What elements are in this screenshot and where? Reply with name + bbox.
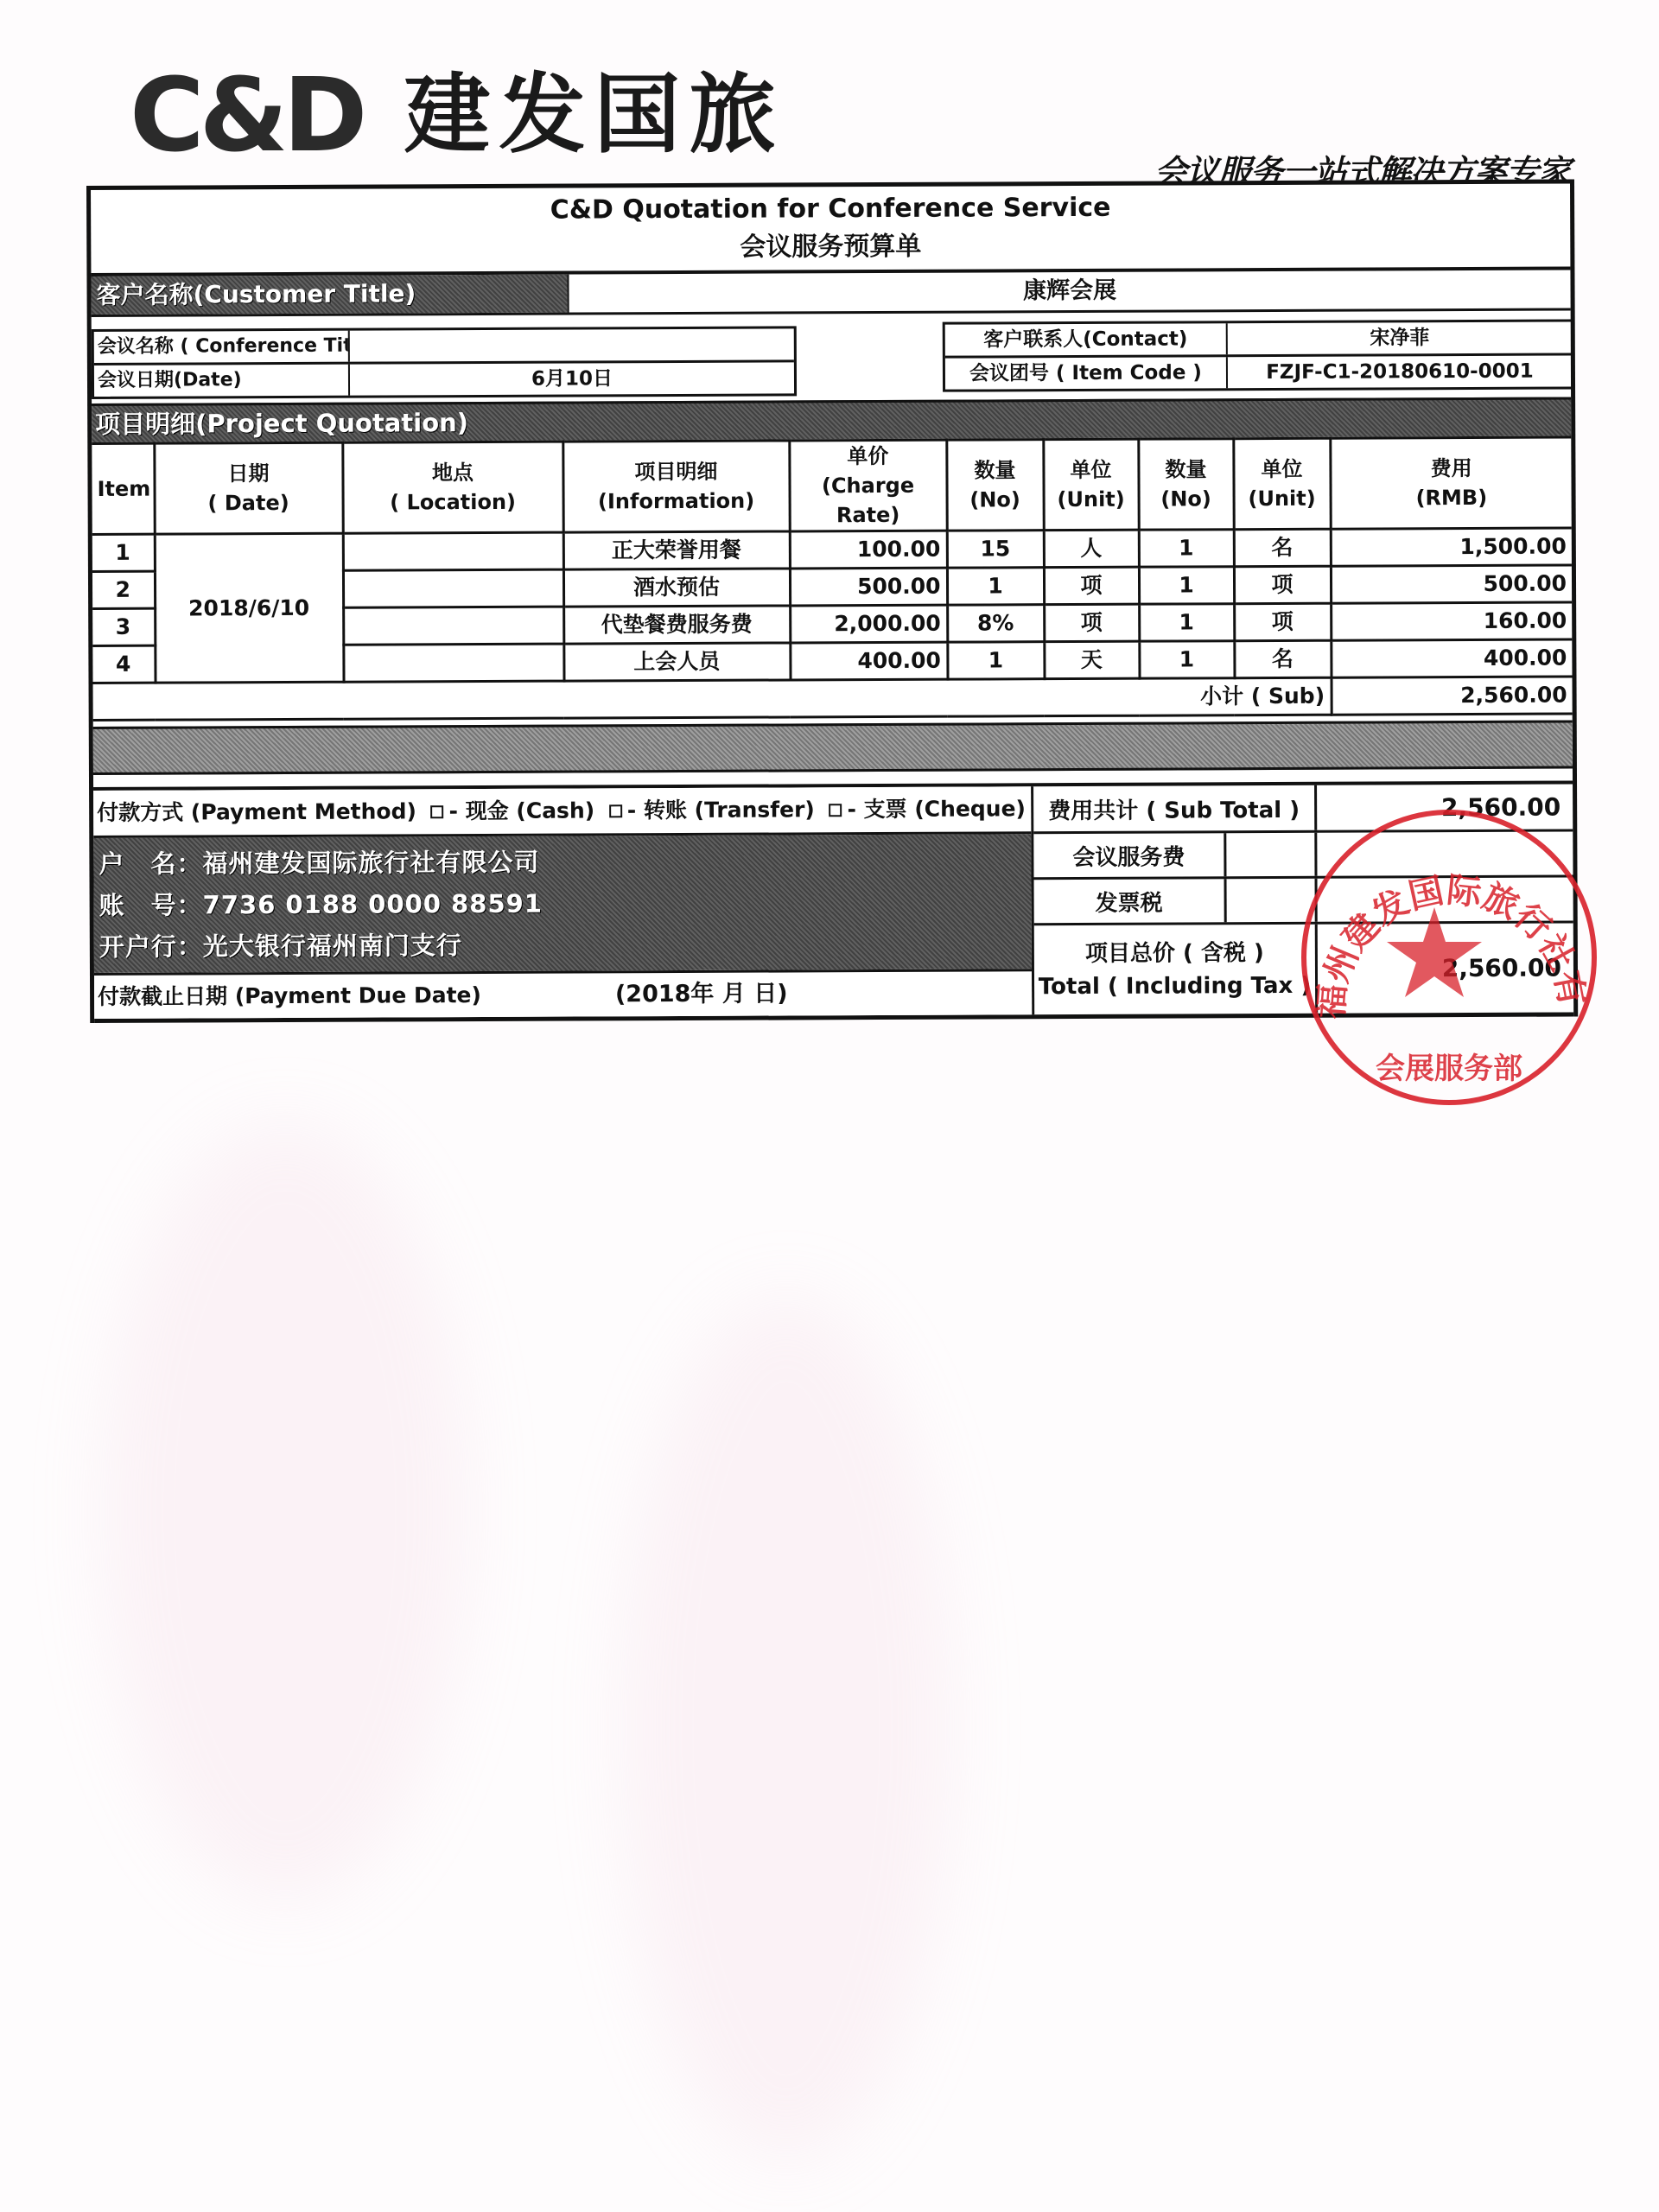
col-unit-2: 单位(Unit) bbox=[1233, 438, 1330, 529]
item-number: 3 bbox=[92, 608, 155, 645]
conference-info: 会议名称 ( Conference Title 会议日期(Date) 6月10日… bbox=[92, 311, 1571, 404]
information-cell: 上会人员 bbox=[563, 643, 790, 681]
fee-cell: 160.00 bbox=[1331, 602, 1572, 640]
fee-cell: 400.00 bbox=[1331, 639, 1572, 677]
account-number: 账 号：7736 0188 0000 88591 bbox=[99, 880, 1027, 926]
grand-total-value: 2,560.00 bbox=[1318, 924, 1573, 1014]
charge-rate-cell: 400.00 bbox=[790, 642, 947, 680]
unit-2-cell: 项 bbox=[1234, 603, 1331, 640]
payment-method-row: 付款方式 (Payment Method) - 现金 (Cash) - 转账 (… bbox=[93, 786, 1031, 838]
form-title-en: C&D Quotation for Conference Service bbox=[91, 188, 1570, 232]
bank-branch: 开户行：光大银行福州南门支行 bbox=[99, 922, 1027, 968]
unit-2-cell: 名 bbox=[1234, 640, 1331, 677]
unit-2-cell: 名 bbox=[1234, 529, 1331, 566]
conference-date-value: 6月10日 bbox=[350, 362, 794, 395]
customer-row: 客户名称(Customer Title) 康辉会展 bbox=[91, 270, 1570, 317]
table-row: 12018/6/10正大荣誉用餐100.0015人1名1,500.00 bbox=[92, 528, 1572, 571]
col-qty-2: 数量(No) bbox=[1138, 439, 1233, 530]
qty-1-cell: 1 bbox=[947, 568, 1044, 605]
invoice-tax-label: 发票税 bbox=[1034, 879, 1227, 923]
form-title: C&D Quotation for Conference Service 会议服… bbox=[91, 184, 1570, 276]
information-cell: 酒水预估 bbox=[563, 569, 790, 607]
checkbox-cheque[interactable] bbox=[829, 804, 842, 817]
option-cash: - 现金 (Cash) bbox=[449, 798, 595, 823]
unit-2-cell: 项 bbox=[1234, 566, 1331, 603]
option-cheque: - 支票 (Cheque) bbox=[847, 796, 1026, 822]
subtotal-label: 小计 ( Sub) bbox=[93, 677, 1332, 720]
due-date-value: (2018年 月 日) bbox=[615, 972, 788, 1016]
fee-cell: 1,500.00 bbox=[1331, 528, 1572, 566]
conference-date-label: 会议日期(Date) bbox=[94, 365, 350, 397]
subtotal-row: 小计 ( Sub) 2,560.00 bbox=[93, 677, 1573, 720]
quotation-table: Item 日期( Date) 地点( Location) 项目明细(Inform… bbox=[92, 436, 1572, 721]
logo-mark: C&D bbox=[130, 64, 362, 166]
sub-total-label: 费用共计 ( Sub Total ) bbox=[1033, 785, 1317, 831]
checkbox-cash[interactable] bbox=[431, 805, 444, 818]
qty-2-cell: 1 bbox=[1139, 567, 1234, 604]
item-number: 1 bbox=[92, 534, 155, 571]
option-transfer: - 转账 (Transfer) bbox=[627, 797, 815, 823]
due-date-row: 付款截止日期 (Payment Due Date) (2018年 月 日) bbox=[94, 969, 1032, 1019]
project-quotation-header: 项目明细(Project Quotation) bbox=[92, 397, 1571, 442]
col-date: 日期( Date) bbox=[154, 442, 342, 534]
qty-1-cell: 8% bbox=[947, 605, 1044, 642]
item-number: 2 bbox=[92, 571, 155, 608]
payment-method-label: 付款方式 (Payment Method) bbox=[97, 798, 416, 825]
col-information: 项目明细(Information) bbox=[563, 441, 789, 532]
company-logo: C&D 建发国旅 bbox=[130, 67, 784, 162]
subtotal-value: 2,560.00 bbox=[1331, 677, 1572, 715]
fee-cell: 500.00 bbox=[1331, 565, 1572, 603]
separator-band bbox=[93, 721, 1573, 775]
quotation-form: C&D Quotation for Conference Service 会议服… bbox=[86, 179, 1578, 1023]
col-qty-1: 数量(No) bbox=[946, 440, 1043, 531]
col-unit-1: 单位(Unit) bbox=[1043, 439, 1138, 530]
payment-section: 付款方式 (Payment Method) - 现金 (Cash) - 转账 (… bbox=[93, 781, 1573, 1023]
service-fee-label: 会议服务费 bbox=[1033, 833, 1226, 877]
col-location: 地点( Location) bbox=[342, 442, 563, 533]
location-cell bbox=[343, 569, 563, 607]
unit-1-cell: 天 bbox=[1044, 641, 1139, 678]
location-cell bbox=[343, 607, 563, 645]
totals-panel: 费用共计 ( Sub Total ) 2,560.00 会议服务费 发票税 项目… bbox=[1033, 785, 1573, 1015]
qty-2-cell: 1 bbox=[1139, 604, 1234, 641]
qty-1-cell: 1 bbox=[947, 642, 1044, 679]
qty-2-cell: 1 bbox=[1139, 641, 1234, 678]
qty-1-cell: 15 bbox=[947, 531, 1044, 568]
information-cell: 正大荣誉用餐 bbox=[563, 531, 790, 569]
col-fee: 费用(RMB) bbox=[1330, 437, 1571, 529]
account-name: 户 名：福州建发国际旅行社有限公司 bbox=[99, 839, 1026, 885]
table-header-row: Item 日期( Date) 地点( Location) 项目明细(Inform… bbox=[92, 437, 1571, 534]
qty-2-cell: 1 bbox=[1139, 530, 1234, 567]
bank-info: 户 名：福州建发国际旅行社有限公司 账 号：7736 0188 0000 885… bbox=[93, 834, 1032, 973]
customer-value: 康辉会展 bbox=[567, 270, 1570, 313]
conference-title-label: 会议名称 ( Conference Title bbox=[94, 331, 350, 363]
date-cell: 2018/6/10 bbox=[155, 533, 344, 683]
charge-rate-cell: 500.00 bbox=[790, 568, 947, 606]
unit-1-cell: 人 bbox=[1044, 530, 1139, 567]
contact-value: 宋净菲 bbox=[1228, 322, 1572, 355]
charge-rate-cell: 2,000.00 bbox=[790, 605, 947, 643]
contact-label: 客户联系人(Contact) bbox=[945, 323, 1228, 355]
conference-title-value bbox=[350, 328, 794, 361]
logo-chinese-name: 建发国旅 bbox=[404, 72, 784, 158]
item-code-value: FZJF-C1-20180610-0001 bbox=[1228, 356, 1572, 389]
location-cell bbox=[343, 644, 563, 682]
service-fee-value bbox=[1317, 832, 1573, 876]
customer-label: 客户名称(Customer Title) bbox=[91, 275, 567, 315]
item-code-label: 会议团号 ( Item Code ) bbox=[945, 357, 1228, 389]
grand-total-label: 项目总价 ( 含税 ) Total ( Including Tax ) bbox=[1034, 925, 1318, 1014]
location-cell bbox=[343, 532, 563, 570]
due-date-label: 付款截止日期 (Payment Due Date) bbox=[98, 974, 481, 1019]
sub-total-value: 2,560.00 bbox=[1317, 785, 1573, 830]
unit-1-cell: 项 bbox=[1044, 567, 1139, 604]
col-item: Item bbox=[92, 443, 154, 534]
checkbox-transfer[interactable] bbox=[609, 804, 622, 817]
item-number: 4 bbox=[92, 645, 155, 683]
unit-1-cell: 项 bbox=[1044, 604, 1139, 641]
form-title-cn: 会议服务预算单 bbox=[91, 226, 1570, 270]
invoice-tax-value bbox=[1318, 878, 1573, 922]
information-cell: 代垫餐费服务费 bbox=[563, 606, 790, 644]
charge-rate-cell: 100.00 bbox=[790, 531, 947, 569]
col-charge-rate: 单价(Charge Rate) bbox=[789, 440, 946, 531]
stamp-bottom-text: 会展服务部 bbox=[1376, 1052, 1522, 1086]
